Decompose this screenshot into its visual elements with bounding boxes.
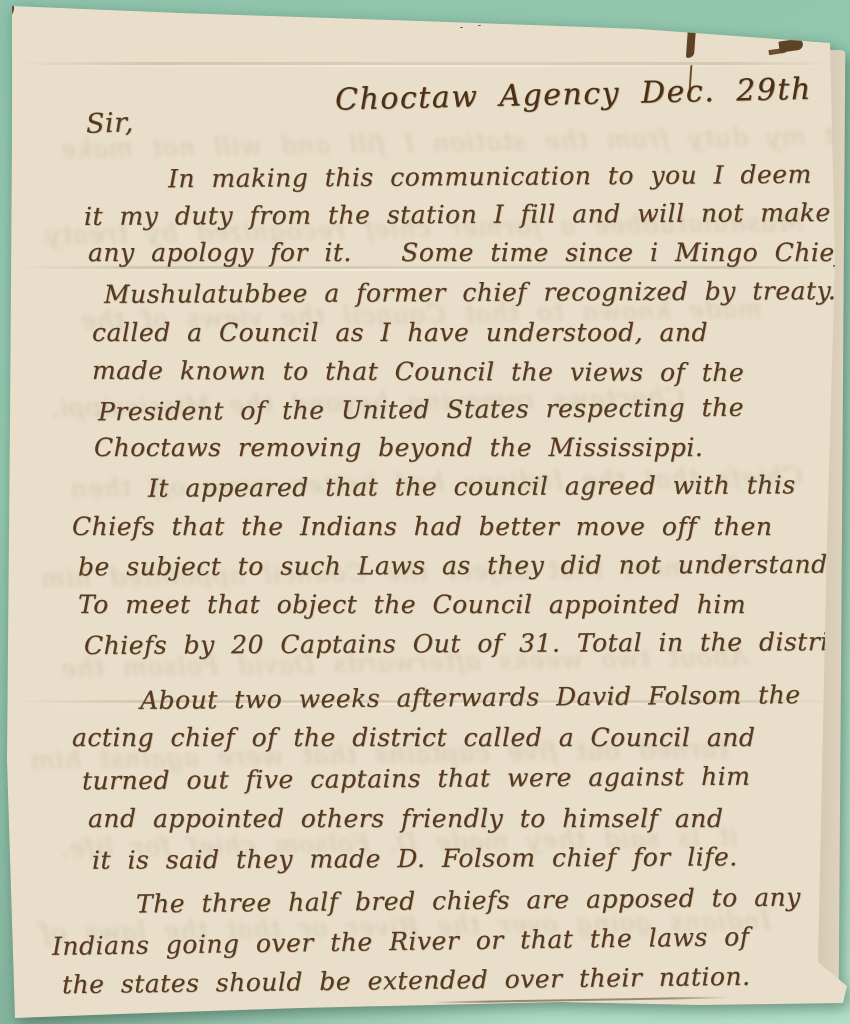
letter-line: made known to that Council the views of … (92, 356, 744, 387)
letter-line: be subject to such Laws as they did not … (78, 550, 836, 582)
ink-blot (452, 14, 459, 19)
letter-paper: it my duty from the station I fill and w… (0, 0, 850, 1024)
letter-line: Chiefs that the Indians had better move … (72, 512, 772, 541)
letter-line: any apology for it. Some time since i Mi… (88, 238, 844, 267)
letter-line: and appointed others friendly to himself… (88, 804, 723, 833)
photo-backdrop: it my duty from the station I fill and w… (0, 0, 850, 1024)
letter-dateline: Choctaw Agency Dec. 29th 1829 (335, 69, 850, 117)
pen-flourish-underline (430, 996, 730, 1003)
letter-line: the states should be extended over their… (62, 962, 751, 999)
ink-blot (686, 26, 696, 58)
letter-line: About two weeks afterwards David Folsom … (140, 680, 801, 715)
letter-line: it my duty from the station I fill and w… (84, 198, 831, 231)
ink-blot (778, 38, 803, 52)
letter-line: Chiefs by 20 Captains Out of 31. Total i… (84, 627, 850, 660)
ink-smudge (0, 0, 16, 20)
letter-line: Choctaws removing beyond the Mississippi… (94, 433, 703, 462)
letter-line: it is said they made D. Folsom chief for… (92, 842, 738, 874)
ghost-line: it my duty from the station I fill and w… (60, 121, 844, 164)
letter-line: In making this communication to you I de… (168, 160, 812, 193)
fold-crease (0, 62, 850, 65)
letter-line: It appeared that the council agreed with… (148, 470, 796, 502)
paper-wrapper: it my duty from the station I fill and w… (0, 0, 850, 1024)
letter-salutation: Sir, (85, 107, 134, 140)
letter-line: To meet that object the Council appointe… (78, 590, 746, 619)
letter-line: President of the United States respectin… (98, 393, 744, 427)
letter-line: called a Council as I have understood, a… (92, 318, 708, 347)
letter-line: turned out five captains that were again… (82, 762, 751, 796)
letter-line: acting chief of the district called a Co… (72, 723, 755, 752)
letter-line: Mushulatubbee a former chief recognized … (104, 276, 836, 309)
